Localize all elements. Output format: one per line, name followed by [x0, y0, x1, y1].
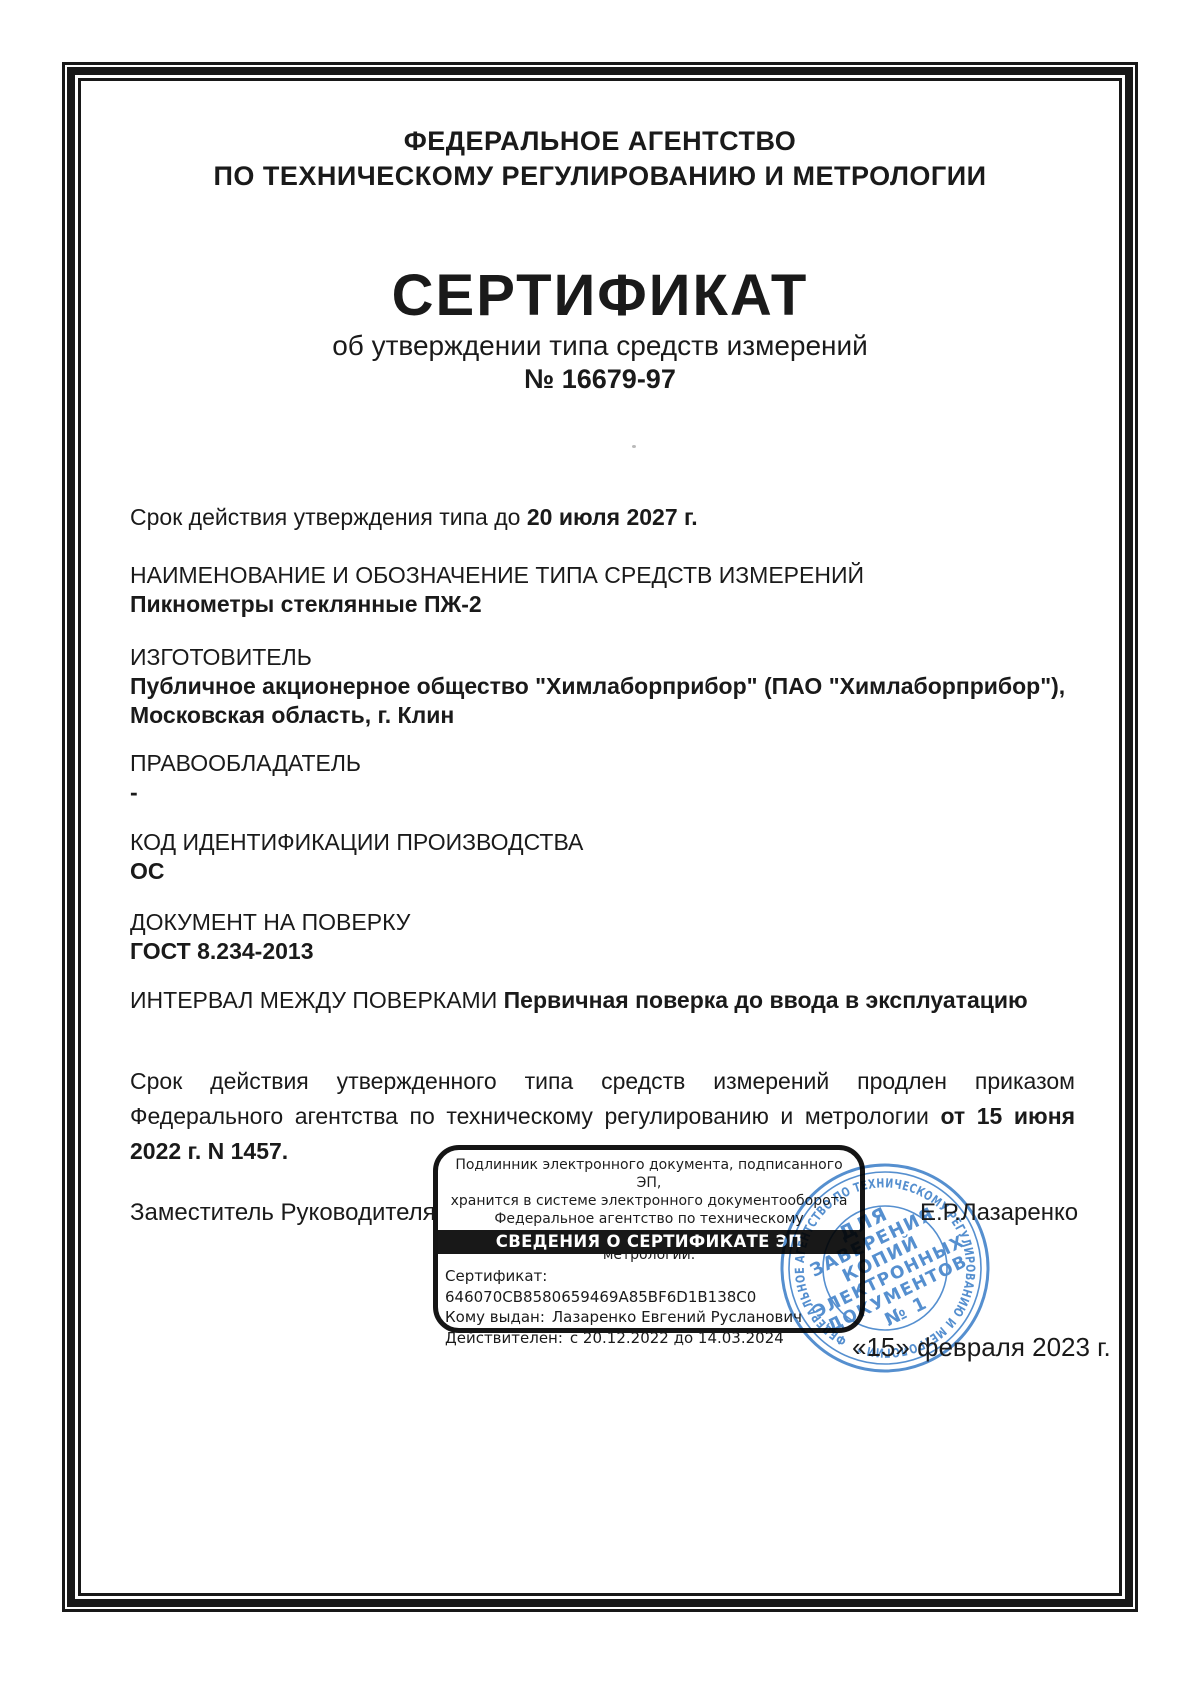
type-name-field: НАИМЕНОВАНИЕ И ОБОЗНАЧЕНИЕ ТИПА СРЕДСТВ …: [130, 561, 1080, 619]
rights-holder-label: ПРАВООБЛАДАТЕЛЬ: [130, 749, 1080, 778]
signer-name: Е.Р.Лазаренко: [920, 1199, 1078, 1227]
validity-field: Срок действия утверждения типа до 20 июл…: [130, 503, 1080, 532]
verification-interval-value: Первичная поверка до ввода в эксплуатаци…: [504, 987, 1028, 1013]
rights-holder-field: ПРАВООБЛАДАТЕЛЬ -: [130, 749, 1080, 807]
verification-interval-label: ИНТЕРВАЛ МЕЖДУ ПОВЕРКАМИ: [130, 987, 504, 1013]
cert-serial-label: Сертификат:: [445, 1266, 547, 1287]
validity-label: Срок действия утверждения типа до: [130, 504, 527, 530]
production-code-label: КОД ИДЕНТИФИКАЦИИ ПРОИЗВОДСТВА: [130, 828, 1080, 857]
signer-position: Заместитель Руководителя: [130, 1199, 436, 1227]
agency-name-line1: ФЕДЕРАЛЬНОЕ АГЕНТСТВО: [90, 124, 1110, 159]
rights-holder-value: -: [130, 778, 1080, 807]
cert-valid-label: Действителен:: [445, 1328, 563, 1349]
scan-speck: [632, 445, 636, 448]
cert-valid-value: с 20.12.2022 до 14.03.2024: [570, 1329, 784, 1347]
cert-serial-value: 646070CB8580659469A85BF6D1B138C0: [445, 1288, 756, 1306]
agency-name-line2: ПО ТЕХНИЧЕСКОМУ РЕГУЛИРОВАНИЮ И МЕТРОЛОГ…: [90, 159, 1110, 194]
verification-doc-field: ДОКУМЕНТ НА ПОВЕРКУ ГОСТ 8.234-2013: [130, 908, 1080, 966]
manufacturer-value-line2: Московская область, г. Клин: [130, 701, 1080, 730]
document-number: № 16679-97: [90, 364, 1110, 395]
verification-interval-field: ИНТЕРВАЛ МЕЖДУ ПОВЕРКАМИ Первичная повер…: [130, 986, 1080, 1015]
agency-header: ФЕДЕРАЛЬНОЕ АГЕНТСТВО ПО ТЕХНИЧЕСКОМУ РЕ…: [90, 124, 1110, 194]
manufacturer-value-line1: Публичное акционерное общество "Химлабор…: [130, 672, 1080, 701]
extension-text: Срок действия утвержденного типа средств…: [130, 1068, 1075, 1129]
type-name-label: НАИМЕНОВАНИЕ И ОБОЗНАЧЕНИЕ ТИПА СРЕДСТВ …: [130, 561, 1080, 590]
validity-value: 20 июля 2027 г.: [527, 504, 698, 530]
manufacturer-field: ИЗГОТОВИТЕЛЬ Публичное акционерное общес…: [130, 643, 1080, 730]
document-title: СЕРТИФИКАТ: [90, 262, 1110, 329]
production-code-value: ОС: [130, 857, 1080, 886]
cert-issued-label: Кому выдан:: [445, 1307, 545, 1328]
production-code-field: КОД ИДЕНТИФИКАЦИИ ПРОИЗВОДСТВА ОС: [130, 828, 1080, 886]
verification-doc-value: ГОСТ 8.234-2013: [130, 937, 1080, 966]
type-name-value: Пикнометры стеклянные ПЖ-2: [130, 590, 1080, 619]
verification-doc-label: ДОКУМЕНТ НА ПОВЕРКУ: [130, 908, 1080, 937]
certificate-page: ФЕДЕРАЛЬНОЕ АГЕНТСТВО ПО ТЕХНИЧЕСКОМУ РЕ…: [0, 0, 1200, 1697]
signature-date: «15» февраля 2023 г.: [852, 1332, 1111, 1363]
document-subtitle: об утверждении типа средств измерений: [90, 330, 1110, 362]
manufacturer-label: ИЗГОТОВИТЕЛЬ: [130, 643, 1080, 672]
